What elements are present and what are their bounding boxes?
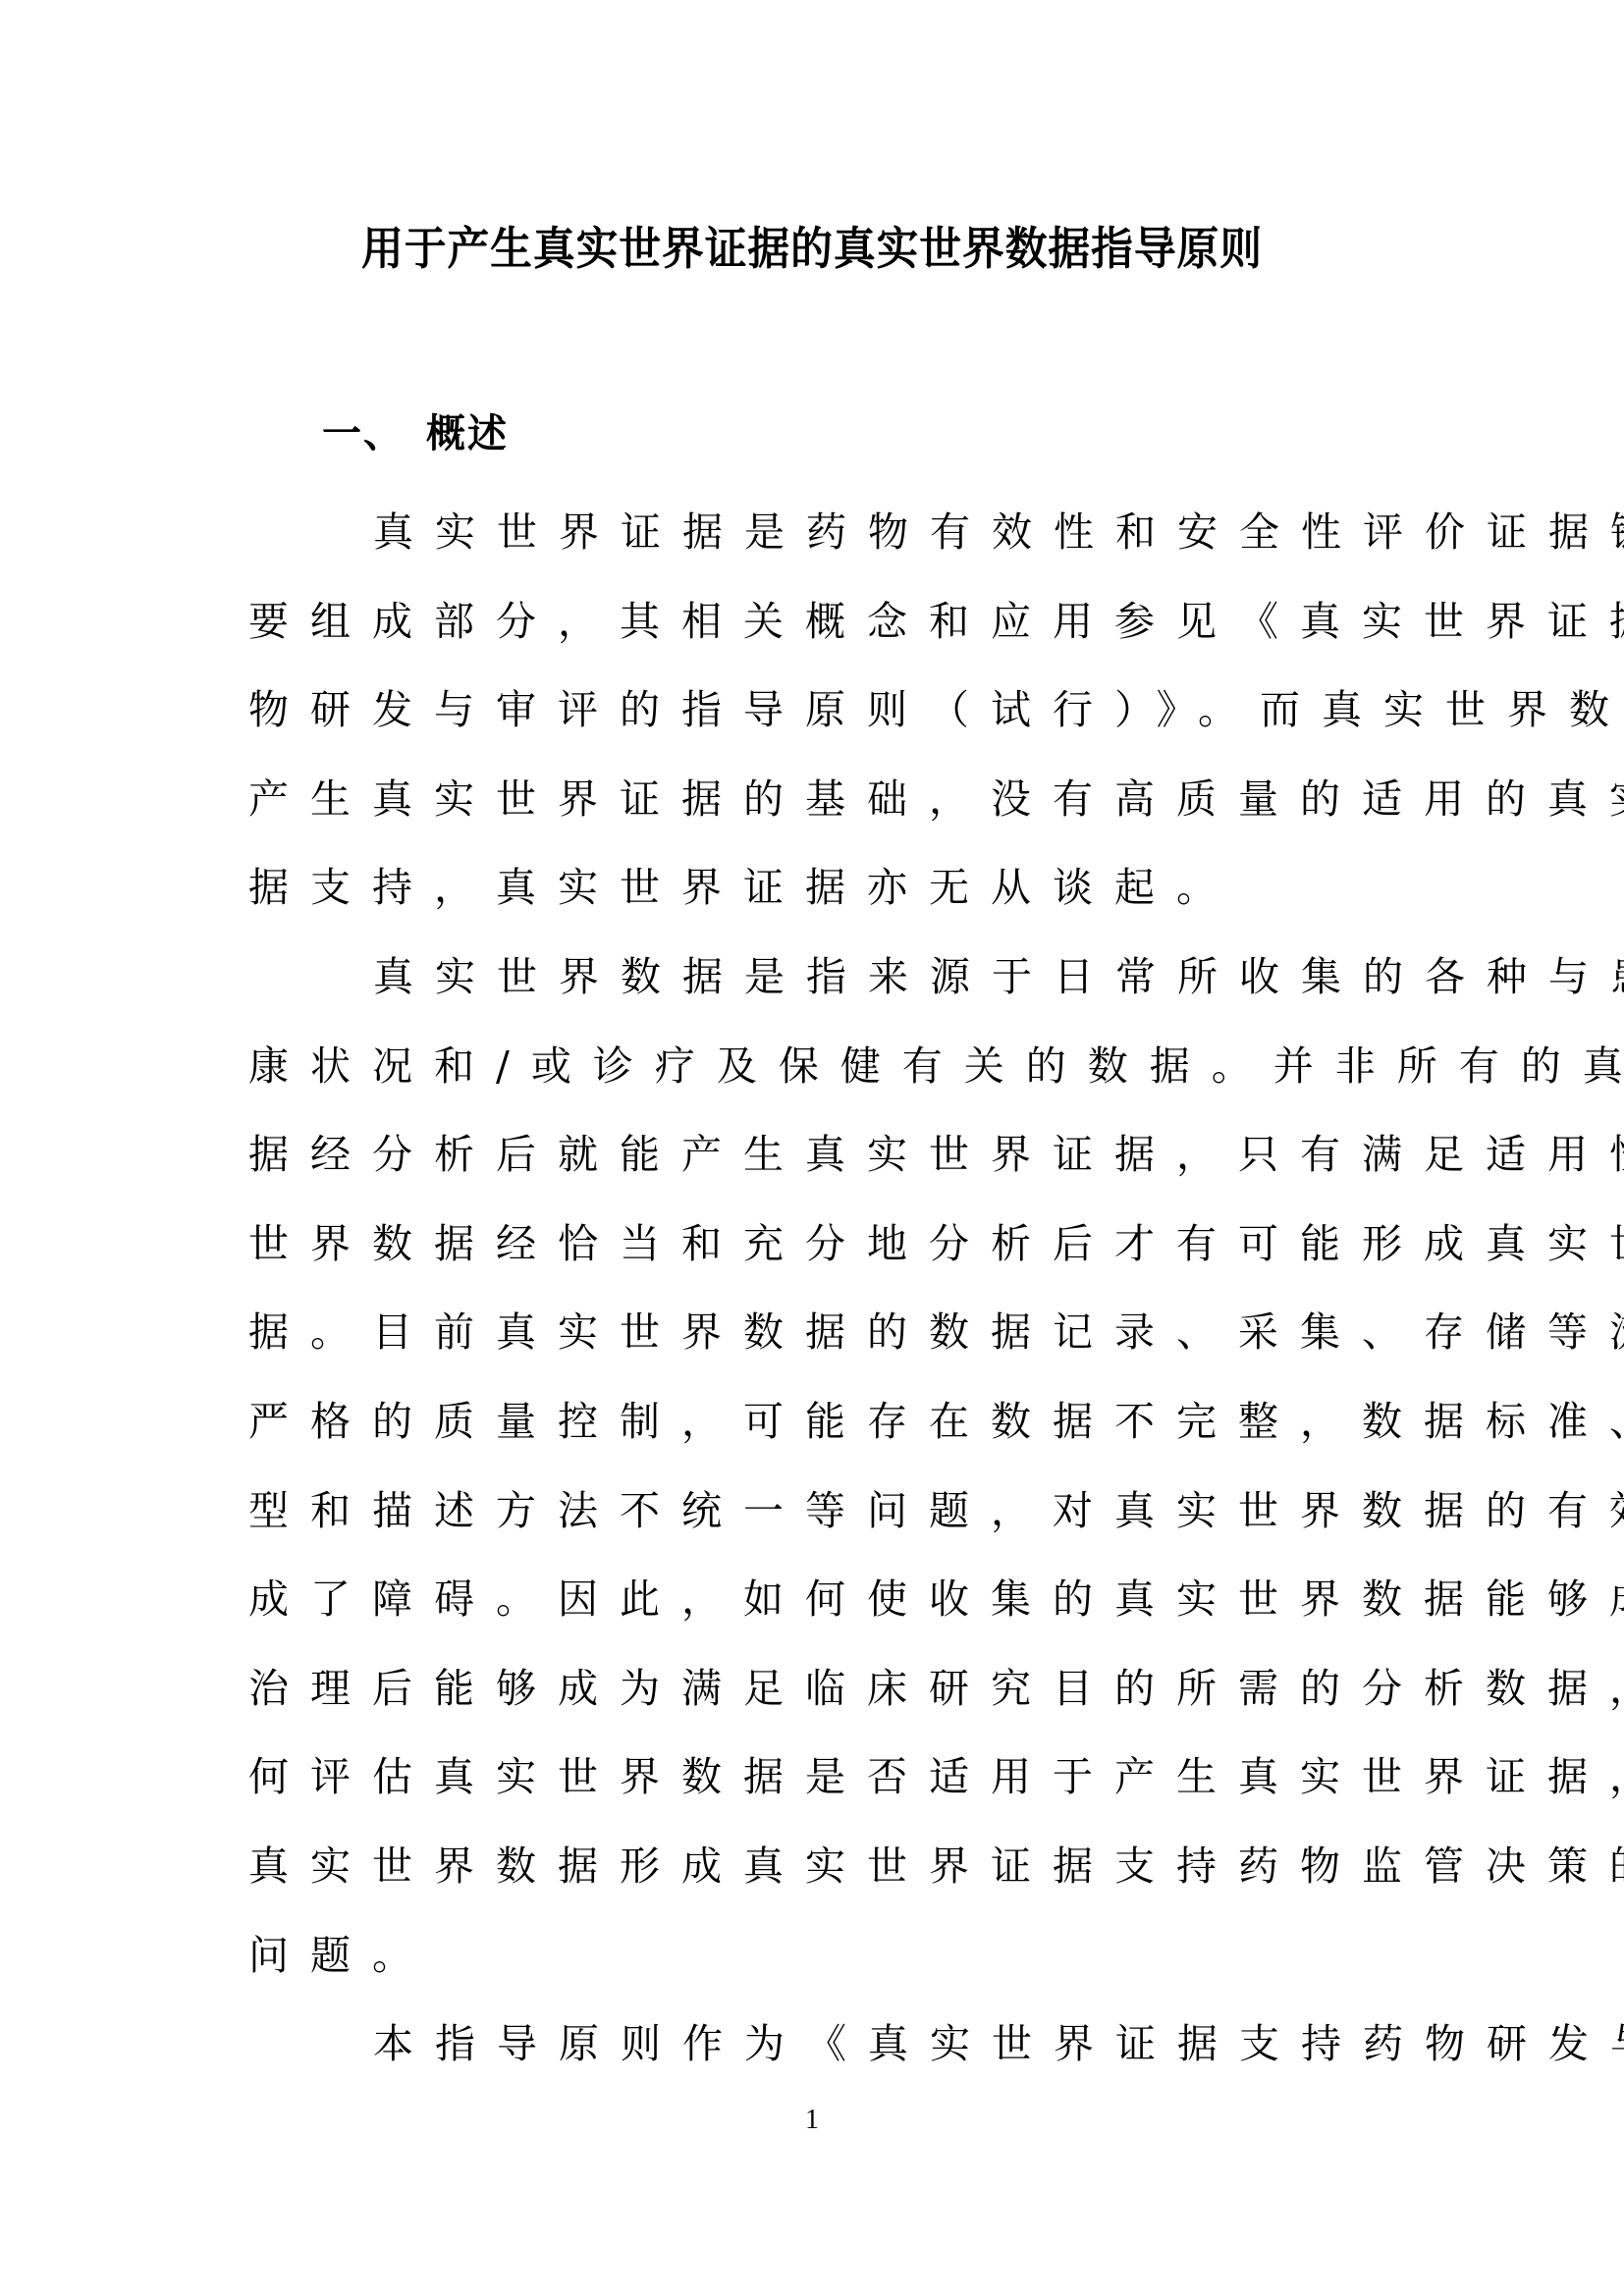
paragraph-line: 世界数据经恰当和充分地分析后才有可能形成真实世界证 [248,1200,1378,1289]
document-body: 真实世界证据是药物有效性和安全性评价证据链的重 要组成部分，其相关概念和应用参见… [248,488,1378,2089]
paragraph-line: 据经分析后就能产生真实世界证据，只有满足适用性的真实 [248,1110,1378,1200]
paragraph-3: 本指导原则作为《真实世界证据支持药物研发与审评的 [248,2000,1378,2089]
paragraph-line: 物研发与审评的指导原则（试行）》。而真实世界数据则是 [248,666,1378,755]
paragraph-line: 据支持，真实世界证据亦无从谈起。 [248,843,1378,933]
document-page: 用于产生真实世界证据的真实世界数据指导原则 一、概述 真实世界证据是药物有效性和… [0,0,1624,2296]
paragraph-line: 本指导原则作为《真实世界证据支持药物研发与审评的 [248,2000,1378,2089]
paragraph-2: 真实世界数据是指来源于日常所收集的各种与患者健 康状况和/或诊疗及保健有关的数据… [248,933,1378,2000]
page-number: 1 [0,2101,1624,2140]
paragraph-line: 据。目前真实世界数据的数据记录、采集、存储等流程缺乏 [248,1288,1378,1377]
paragraph-line: 何评估真实世界数据是否适用于产生真实世界证据，是使用 [248,1733,1378,1822]
paragraph-1: 真实世界证据是药物有效性和安全性评价证据链的重 要组成部分，其相关概念和应用参见… [248,488,1378,933]
paragraph-line: 要组成部分，其相关概念和应用参见《真实世界证据支持药 [248,577,1378,667]
paragraph-line: 问题。 [248,1911,1378,2001]
section-heading: 一、概述 [322,404,509,463]
paragraph-line: 真实世界数据形成真实世界证据支持药物监管决策的关键 [248,1822,1378,1911]
section-label: 概述 [426,411,509,456]
paragraph-line: 治理后能够成为满足临床研究目的所需的分析数据，以及如 [248,1644,1378,1734]
paragraph-line: 产生真实世界证据的基础，没有高质量的适用的真实世界数 [248,755,1378,844]
document-title: 用于产生真实世界证据的真实世界数据指导原则 [57,214,1567,283]
paragraph-line: 真实世界数据是指来源于日常所收集的各种与患者健 [248,933,1378,1022]
section-number: 一、 [322,411,405,456]
paragraph-line: 成了障碍。因此，如何使收集的真实世界数据能够成为或经 [248,1555,1378,1644]
paragraph-line: 型和描述方法不统一等问题，对真实世界数据的有效使用形 [248,1467,1378,1556]
paragraph-line: 真实世界证据是药物有效性和安全性评价证据链的重 [248,488,1378,577]
paragraph-line: 康状况和/或诊疗及保健有关的数据。并非所有的真实世界数 [248,1022,1378,1111]
paragraph-line: 严格的质量控制，可能存在数据不完整，数据标准、数据模 [248,1377,1378,1467]
